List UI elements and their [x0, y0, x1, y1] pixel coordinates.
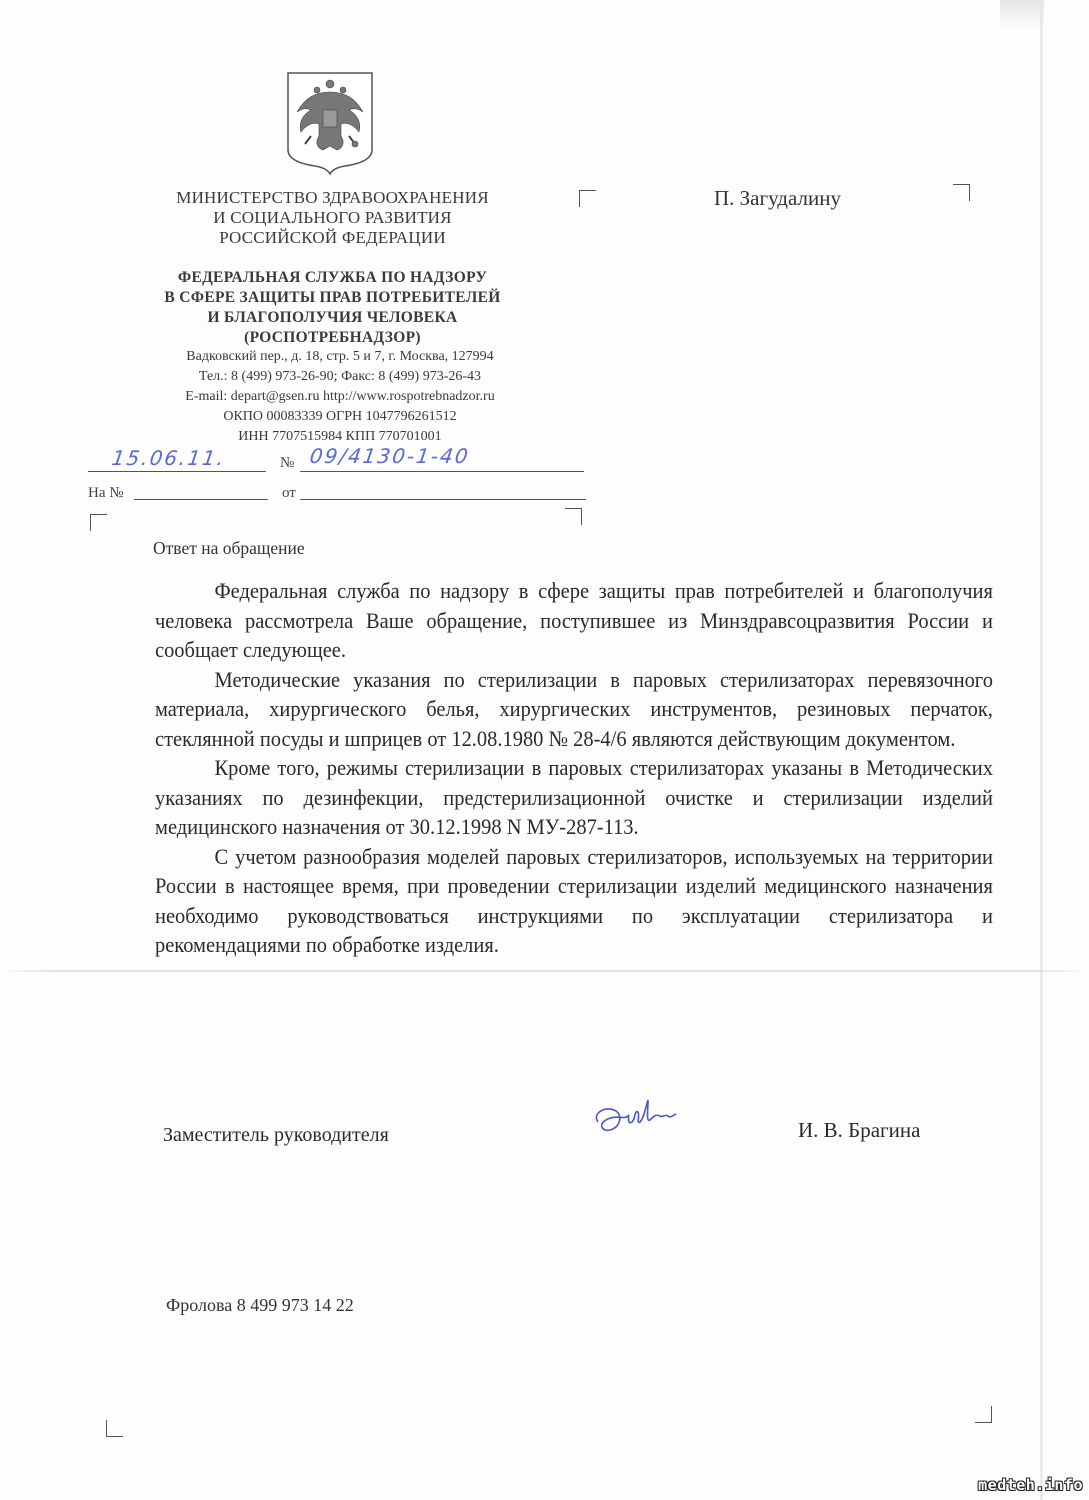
service-line: (РОСПОТРЕБНАДЗОР): [140, 328, 525, 348]
reply-to-line: [134, 499, 268, 500]
corner-mark: [565, 508, 582, 525]
addressee: П. Загудалину: [714, 186, 841, 211]
okpo-ogrn: ОКПО 00083339 ОГРН 1047796261512: [140, 407, 540, 427]
paper-fold-line: [0, 970, 1089, 972]
corner-mark: [975, 1406, 992, 1423]
ministry-line: МИНИСТЕРСТВО ЗДРАВООХРАНЕНИЯ: [140, 188, 525, 208]
corner-mark: [579, 190, 596, 207]
email-website: E-mail: depart@gsen.ru http://www.rospot…: [140, 387, 540, 407]
signatory-name: И. В. Брагина: [798, 1118, 920, 1143]
ministry-line: И СОЦИАЛЬНОГО РАЗВИТИЯ: [140, 208, 525, 228]
service-line: ФЕДЕРАЛЬНАЯ СЛУЖБА ПО НАДЗОРУ: [140, 268, 525, 288]
number-label: №: [280, 455, 294, 472]
handwritten-date: 15.06.11.: [110, 446, 227, 470]
site-watermark: medteh.info: [978, 1476, 1083, 1494]
subject-line: Ответ на обращение: [153, 538, 305, 559]
organization-contacts: Вадковский пер., д. 18, стр. 5 и 7, г. М…: [140, 347, 540, 447]
body-paragraph: Федеральная служба по надзору в сфере за…: [155, 576, 993, 665]
coat-of-arms-icon: [285, 70, 375, 176]
corner-mark: [90, 514, 107, 531]
handwritten-number: 09/4130-1-40: [308, 444, 471, 468]
service-name: ФЕДЕРАЛЬНАЯ СЛУЖБА ПО НАДЗОРУ В СФЕРЕ ЗА…: [140, 268, 525, 348]
reply-to-label: На №: [88, 485, 124, 502]
number-line: [300, 471, 584, 472]
handwritten-signature-icon: [590, 1092, 680, 1142]
date-line: [88, 471, 266, 472]
service-line: И БЛАГОПОЛУЧИЯ ЧЕЛОВЕКА: [140, 308, 525, 328]
paper-fold-shadow: [1040, 0, 1043, 1500]
corner-mark: [953, 184, 970, 201]
ministry-line: РОССИЙСКОЙ ФЕДЕРАЦИИ: [140, 228, 525, 248]
letter-body: Федеральная служба по надзору в сфере за…: [155, 576, 993, 960]
from-label: от: [282, 485, 296, 502]
executor-contact: Фролова 8 499 973 14 22: [166, 1295, 354, 1316]
service-line: В СФЕРЕ ЗАЩИТЫ ПРАВ ПОТРЕБИТЕЛЕЙ: [140, 288, 525, 308]
from-line: [300, 499, 586, 500]
body-paragraph: С учетом разнообразия моделей паровых ст…: [155, 842, 993, 960]
phone-fax: Тел.: 8 (499) 973-26-90; Факс: 8 (499) 9…: [140, 367, 540, 387]
ministry-name: МИНИСТЕРСТВО ЗДРАВООХРАНЕНИЯ И СОЦИАЛЬНО…: [140, 188, 525, 248]
body-paragraph: Кроме того, режимы стерилизации в паровы…: [155, 753, 993, 842]
scan-shadow: [1000, 0, 1044, 30]
signatory-title: Заместитель руководителя: [163, 1124, 389, 1147]
address: Вадковский пер., д. 18, стр. 5 и 7, г. М…: [140, 347, 540, 367]
body-paragraph: Методические указания по стерилизации в …: [155, 665, 993, 754]
corner-mark: [106, 1420, 123, 1437]
